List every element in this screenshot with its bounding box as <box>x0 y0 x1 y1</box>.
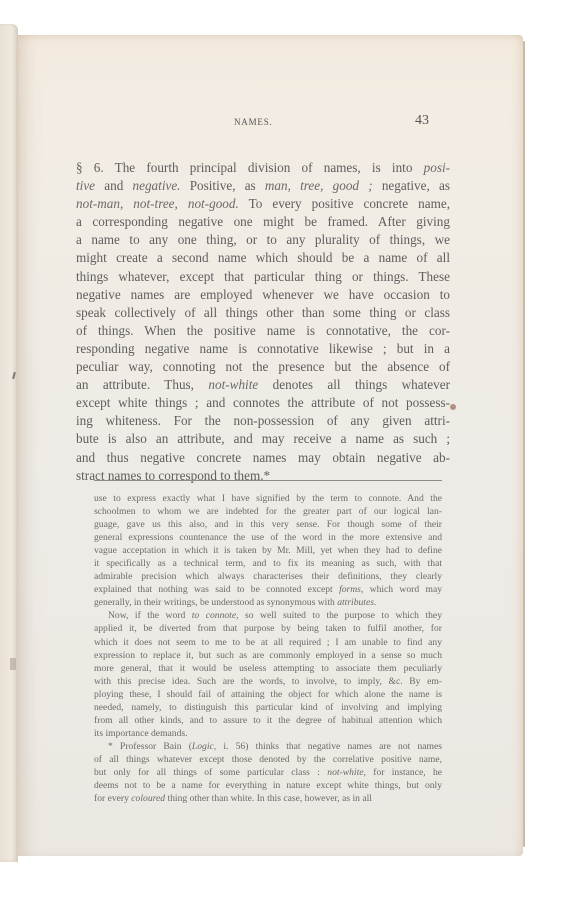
italic-term: Logic, <box>192 741 216 752</box>
italic-term: to connote, <box>192 610 239 621</box>
facing-page-edge <box>0 24 18 862</box>
italic-term: negative. <box>133 178 181 193</box>
footnote-line: deems not to be a name for everything in… <box>94 779 442 792</box>
italic-term: not-white, <box>327 767 366 778</box>
footnote-line: it specifically as a technical term, and… <box>94 557 442 570</box>
margin-smudge <box>10 658 16 670</box>
footnote-line: Now, if the word to connote, so well sui… <box>94 609 442 622</box>
main-text-line: responding negative name is connotative … <box>76 340 450 358</box>
footnote-line: its importance demands. <box>94 727 442 740</box>
italic-term: coloured <box>131 793 165 804</box>
footnote-line: * Professor Bain (Logic, i. 56) thinks t… <box>94 740 442 753</box>
main-text-line: § 6. The fourth principal division of na… <box>76 159 450 177</box>
main-text-line: not-man, not-tree, not-good. To every po… <box>76 195 450 213</box>
footnote-line: ploying these, I should fail of attainin… <box>94 688 442 701</box>
italic-term: tive <box>76 178 95 193</box>
page-number: 43 <box>415 113 429 129</box>
footnote-line: but only for all things of some particul… <box>94 766 442 779</box>
footnote-line: general expressions countenance the use … <box>94 531 442 544</box>
running-title: NAMES. <box>234 117 273 127</box>
footnote-block: use to express exactly what I have signi… <box>94 492 442 805</box>
footnote-line: guage, gave us this also, and in this ve… <box>94 518 442 531</box>
footnote-rule <box>94 480 442 481</box>
main-text-line: peculiar way, connoting not the presence… <box>76 358 450 376</box>
main-text-line: stract names to correspond to them.* <box>76 467 450 485</box>
footnote-line: needed, namely, to distinguish this part… <box>94 701 442 714</box>
main-text-line: and thus negative concrete names may obt… <box>76 449 450 467</box>
main-paragraph: § 6. The fourth principal division of na… <box>76 159 450 485</box>
footnote-line: of all things whatever except those deno… <box>94 753 442 766</box>
main-text-line: bute is also an attribute, and may recei… <box>76 430 450 448</box>
footnote-line: generally, in their writings, be underst… <box>94 596 442 609</box>
main-text-line: tive and negative. Positive, as man, tre… <box>76 177 450 195</box>
italic-term: forms, <box>339 584 363 595</box>
main-text-line: might create a second name which should … <box>76 249 450 267</box>
footnote-line: explained that nothing was said to be co… <box>94 583 442 596</box>
italic-term: not-man, not-tree, not-good. <box>76 196 239 211</box>
main-text-line: ing whiteness. For the non-possession of… <box>76 412 450 430</box>
main-text-line: negative names are employed whenever we … <box>76 286 450 304</box>
italic-term: man, tree, good ; <box>265 178 373 193</box>
italic-term: not-white <box>208 377 258 392</box>
footnote-line: applied it, be diverted from that purpos… <box>94 622 442 635</box>
footnote-line: which it does not seem to me to be at al… <box>94 636 442 649</box>
footnote-line: with this precise idea. Such are the wor… <box>94 675 442 688</box>
footnote-line: vague acceptation in which it is taken b… <box>94 544 442 557</box>
foxing-stain <box>450 404 456 410</box>
page-edge <box>523 41 525 847</box>
footnote-line: use to express exactly what I have signi… <box>94 492 442 505</box>
footnote-line: admirable precision which always charact… <box>94 570 442 583</box>
italic-term: posi- <box>424 160 450 175</box>
main-text-line: except white things ; and connotes the a… <box>76 394 450 412</box>
main-text-line: a name to any one thing, or to any plura… <box>76 231 450 249</box>
main-text-line: an attribute. Thus, not-white denotes al… <box>76 376 450 394</box>
main-text-line: a corresponding negative one might be fr… <box>76 213 450 231</box>
footnote-line: schoolmen to whom we are indebted for th… <box>94 505 442 518</box>
italic-term: attributes. <box>337 597 376 608</box>
footnote-line: from all other kinds, and to assure to i… <box>94 714 442 727</box>
footnote-line: for every coloured thing other than whit… <box>94 792 442 805</box>
footnote-line: more general, that it would be useless a… <box>94 662 442 675</box>
footnote-line: expression to replace it, but such as ar… <box>94 649 442 662</box>
main-text-line: of things. When the positive name is con… <box>76 322 450 340</box>
book-page: NAMES. 43 § 6. The fourth principal divi… <box>18 35 523 856</box>
main-text-line: speak collectively of all things other t… <box>76 304 450 322</box>
main-text-line: things whatever, except that particular … <box>76 268 450 286</box>
running-head: NAMES. 43 <box>18 113 523 133</box>
